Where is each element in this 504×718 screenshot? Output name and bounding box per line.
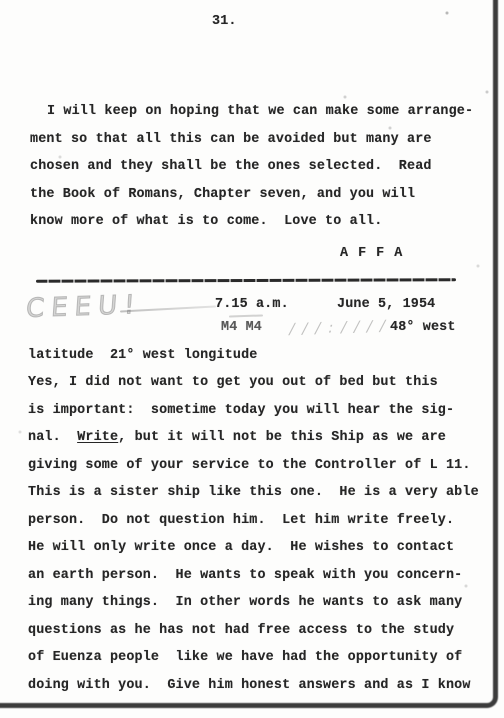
- page-number: 31.: [212, 8, 237, 36]
- letter-paragraph-1: I will keep on hoping that we can make s…: [30, 98, 482, 236]
- latitude-longitude-line: latitude 21° west longitude: [28, 342, 257, 370]
- pencil-scribble-annotation: CEEU!: [25, 290, 143, 324]
- letter-paragraph-2: Yes, I did not want to get you out of be…: [28, 369, 482, 699]
- underlined-word-write: Write: [77, 430, 118, 445]
- letter-paragraph-2-text: , but it will not be this Ship as we are…: [28, 430, 479, 693]
- divider-rule: [36, 278, 456, 283]
- scanned-letter-page: 31. I will keep on hoping that we can ma…: [0, 0, 504, 718]
- longitude-value: 48° west: [390, 314, 456, 342]
- signature-affa: A F F A: [340, 240, 403, 268]
- session-code: M4 M4: [221, 314, 262, 342]
